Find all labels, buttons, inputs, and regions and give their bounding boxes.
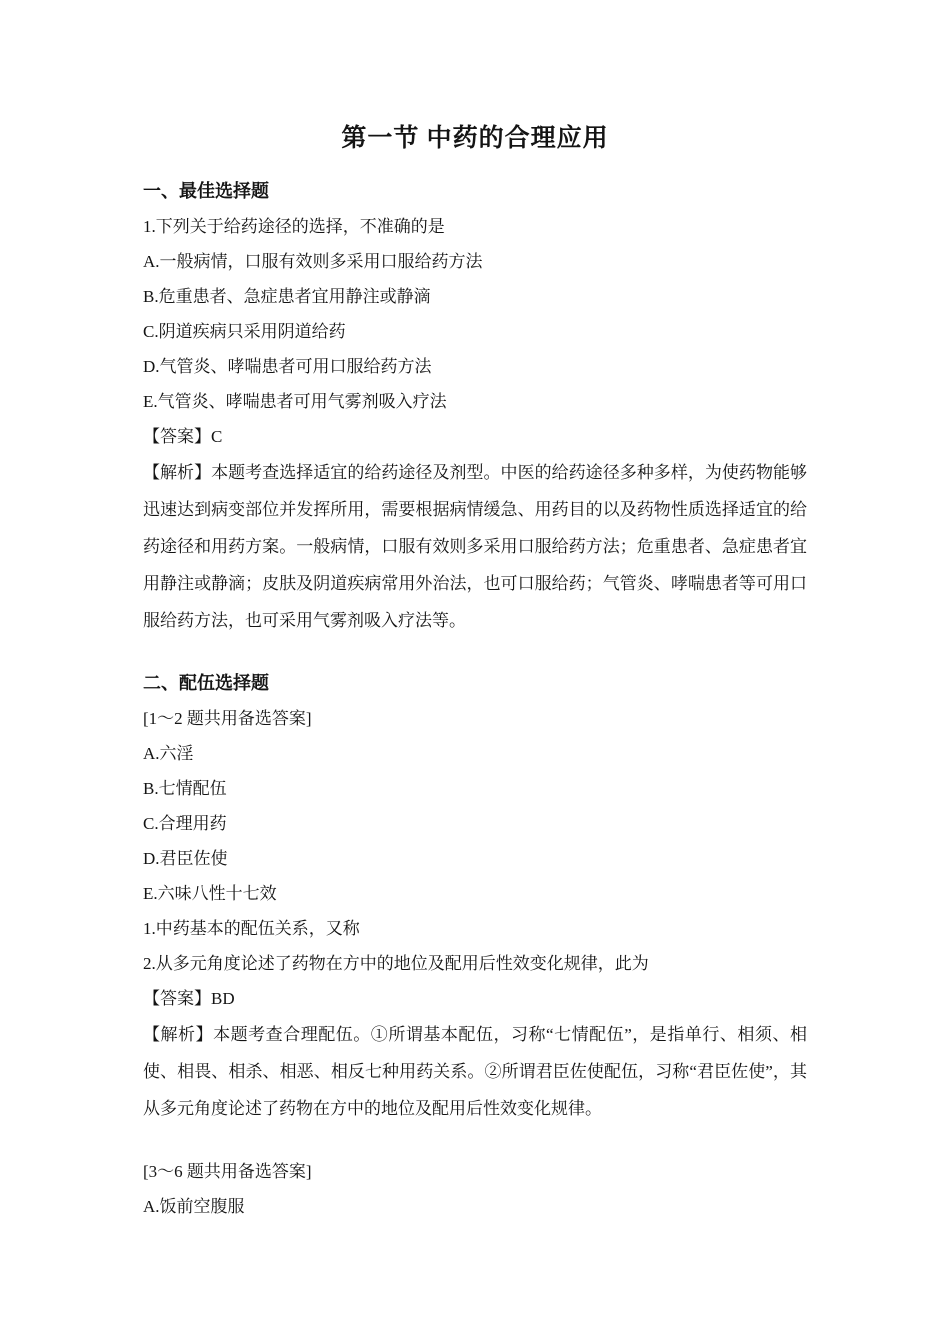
group1-option-d: D.君臣佐使 <box>143 841 807 876</box>
section1-option-c: C.阴道疾病只采用阴道给药 <box>143 314 807 349</box>
group1-answer: 【答案】BD <box>143 981 807 1016</box>
section2-heading: 二、配伍选择题 <box>143 666 807 701</box>
group1-option-a: A.六淫 <box>143 736 807 771</box>
section1-answer: 【答案】C <box>143 419 807 454</box>
section1-option-b: B.危重患者、急症患者宜用静注或静滴 <box>143 279 807 314</box>
section1-option-d: D.气管炎、哮喘患者可用口服给药方法 <box>143 349 807 384</box>
group1-label: [1～2 题共用备选答案] <box>143 701 807 736</box>
section1-option-e: E.气管炎、哮喘患者可用气雾剂吸入疗法 <box>143 384 807 419</box>
group1-question-1: 1.中药基本的配伍关系，又称 <box>143 911 807 946</box>
group1-analysis: 【解析】本题考查合理配伍。①所谓基本配伍，习称“七情配伍”，是指单行、相须、相使… <box>143 1016 807 1127</box>
document-page: 第一节 中药的合理应用 一、最佳选择题 1.下列关于给药途径的选择，不准确的是 … <box>0 0 950 1344</box>
group2-option-a: A.饭前空腹服 <box>143 1189 807 1224</box>
group2-label: [3～6 题共用备选答案] <box>143 1154 807 1189</box>
group1-option-c: C.合理用药 <box>143 806 807 841</box>
section1-question: 1.下列关于给药途径的选择，不准确的是 <box>143 209 807 244</box>
group-spacer <box>143 1127 807 1154</box>
section1-option-a: A.一般病情，口服有效则多采用口服给药方法 <box>143 244 807 279</box>
group1-option-b: B.七情配伍 <box>143 771 807 806</box>
group1-option-e: E.六味八性十七效 <box>143 876 807 911</box>
document-title: 第一节 中药的合理应用 <box>143 118 807 160</box>
section1-analysis: 【解析】本题考查选择适宜的给药途径及剂型。中医的给药途径多种多样，为使药物能够迅… <box>143 454 807 639</box>
section1-heading: 一、最佳选择题 <box>143 174 807 209</box>
group1-question-2: 2.从多元角度论述了药物在方中的地位及配用后性效变化规律，此为 <box>143 946 807 981</box>
section-spacer <box>143 639 807 666</box>
